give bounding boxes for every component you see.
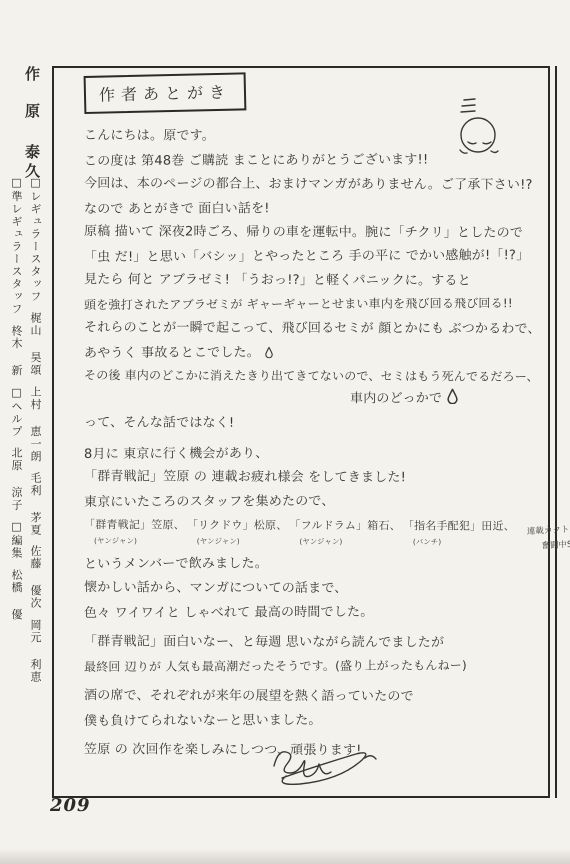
staff-credits: □レギュラースタッフ梶山 昊頌上村 恵一朗毛利 茅夏佐藤 優次岡元 利恵 □準レ… (5, 176, 47, 736)
sweat-drop-icon (265, 346, 273, 358)
staff-credits-column-regular: □レギュラースタッフ梶山 昊頌上村 恵一朗毛利 茅夏佐藤 優次岡元 利恵 (28, 176, 43, 736)
handwritten-line: 頭を強打されたアブラゼミが ギャーギャーとせまい車内を飛び回る飛び回る!! (84, 296, 550, 313)
handwritten-line: 懐かしい話から、マンガについての話まで、 (84, 580, 550, 597)
handwritten-line: 「虫 だ!」と思い「バシッ」とやったところ 手の平に でかい感触が!「!?」 (84, 248, 550, 265)
handwritten-line: 8月に 東京に行く機会があり、 (84, 445, 550, 462)
handwritten-line: 東京にいたころのスタッフを集めたので、 (84, 493, 550, 510)
manga-afterword-page: 作原 泰久 □レギュラースタッフ梶山 昊頌上村 恵一朗毛利 茅夏佐藤 優次岡元 … (0, 0, 570, 864)
staff-name: 柊木 新 (10, 325, 23, 377)
staff-name: 梶山 昊頌 (29, 312, 42, 377)
work-credit: 「指名手配犯」田近、 (バンチ) (403, 518, 515, 549)
handwritten-line: というメンバーで飲みました。 (84, 555, 550, 572)
handwritten-line: 原稿 描いて 深夜2時ごろ、帰りの車を運転中。腕に「チクリ」としたので (84, 224, 550, 241)
magazine-note: (バンチ) (403, 534, 515, 549)
handwritten-line: その後 車内のどこかに消えたきり出てきてないので、セミはもう死んでるだろー、 (84, 368, 550, 385)
magazine-note: (ヤンジャン) (84, 533, 185, 548)
work-credit: 「群青戦記」笠原、 (ヤンジャン) (84, 517, 185, 548)
author-credit: 作原 泰久 (22, 66, 42, 182)
handwritten-line: 見たら 何と アブラゼミ! 「うおっ!?」と軽くパニックに。すると (84, 272, 550, 289)
handwritten-line: この度は 第48巻 ご購読 まことにありがとうございます!! (84, 152, 550, 169)
magazine-note: (ヤンジャン) (289, 534, 401, 549)
staff-name: 上村 恵一朗 (29, 386, 42, 463)
handwritten-text: 車内のどっかで (350, 391, 442, 406)
afterword-title: 作者あとがき (84, 72, 247, 114)
staff-heading: □レギュラースタッフ (29, 176, 42, 303)
handwritten-line: 「群青戦記」笠原 の 連載お疲れ様会 をしてきました! (84, 469, 550, 486)
staff-name: 松橋 優 (10, 569, 23, 621)
works-list-line: 「群青戦記」笠原、 (ヤンジャン) 「リクドウ」松原、 (ヤンジャン) 「フルド… (84, 517, 550, 550)
author-name: 原 泰久 (23, 103, 41, 182)
work-title: 「群青戦記」笠原、 (84, 517, 185, 532)
handwritten-line: なので あとがきで 面白い話を! (84, 200, 550, 217)
handwritten-line: 色々 ワイワイと しゃべれて 最高の時間でした。 (84, 604, 550, 621)
work-credit: 「リクドウ」松原、 (ヤンジャン) (187, 518, 288, 549)
staff-heading: □準レギュラースタッフ (10, 176, 23, 316)
author-signature (262, 738, 397, 790)
handwritten-text: あやうく 事故るとこでした。 (84, 345, 260, 361)
magazine-note: (ヤンジャン) (187, 534, 288, 549)
handwritten-line: 僕も負けてられないなーと思いました。 (84, 712, 550, 729)
side-note-line: 奮闘中S (527, 538, 570, 555)
handwritten-line: 「群青戦記」面白いなー、と毎週 思いながら読んでましたが (84, 634, 550, 651)
work-credit: 「フルドラム」箱石、 (ヤンジャン) (289, 518, 401, 549)
author-role-label: 作 (23, 66, 41, 85)
staff-heading: □編集 (10, 520, 23, 560)
staff-name: 毛利 茅夏 (29, 472, 42, 537)
staff-name: 北原 涼子 (10, 447, 23, 512)
afterword-body: 作者あとがき こんにちは。原です。 この度は 第48巻 ご購読 まことにありがと… (84, 74, 550, 767)
handwritten-line: あやうく 事故るとこでした。 (84, 344, 550, 361)
work-title: 「リクドウ」松原、 (187, 518, 288, 533)
handwritten-line: 今回は、本のページの都合上、おまけマンガがありません。ご了承下さい!? (84, 176, 550, 193)
staff-heading: □ヘルプ (10, 386, 23, 438)
handwritten-line: 車内のどっかで (350, 388, 550, 407)
sweat-drop-icon (447, 388, 458, 404)
handwritten-line: それらのことが一瞬で起こって、飛び回るセミが 顔とかにも ぶつかるわで、 (84, 320, 550, 337)
work-title: 「指名手配犯」田近、 (403, 518, 515, 533)
side-note: 連載カクトク 奮闘中S (526, 523, 570, 555)
staff-name: 佐藤 優次 (29, 545, 42, 610)
work-title: 「フルドラム」箱石、 (289, 518, 401, 533)
handwritten-line: こんにちは。原です。 (84, 128, 550, 145)
staff-name: 岡元 利恵 (29, 619, 42, 684)
page-number: 209 (50, 795, 91, 816)
staff-credits-column-sub: □準レギュラースタッフ柊木 新□ヘルプ北原 涼子□編集松橋 優 (9, 176, 24, 736)
handwritten-line: 酒の席で、それぞれが来年の展望を熱く語っていたので (84, 688, 550, 705)
handwritten-line: 最終回 辺りが 人気も最高潮だったそうです。(盛り上がったもんねー) (84, 658, 550, 675)
handwritten-line: って、そんな話ではなく! (84, 415, 550, 432)
